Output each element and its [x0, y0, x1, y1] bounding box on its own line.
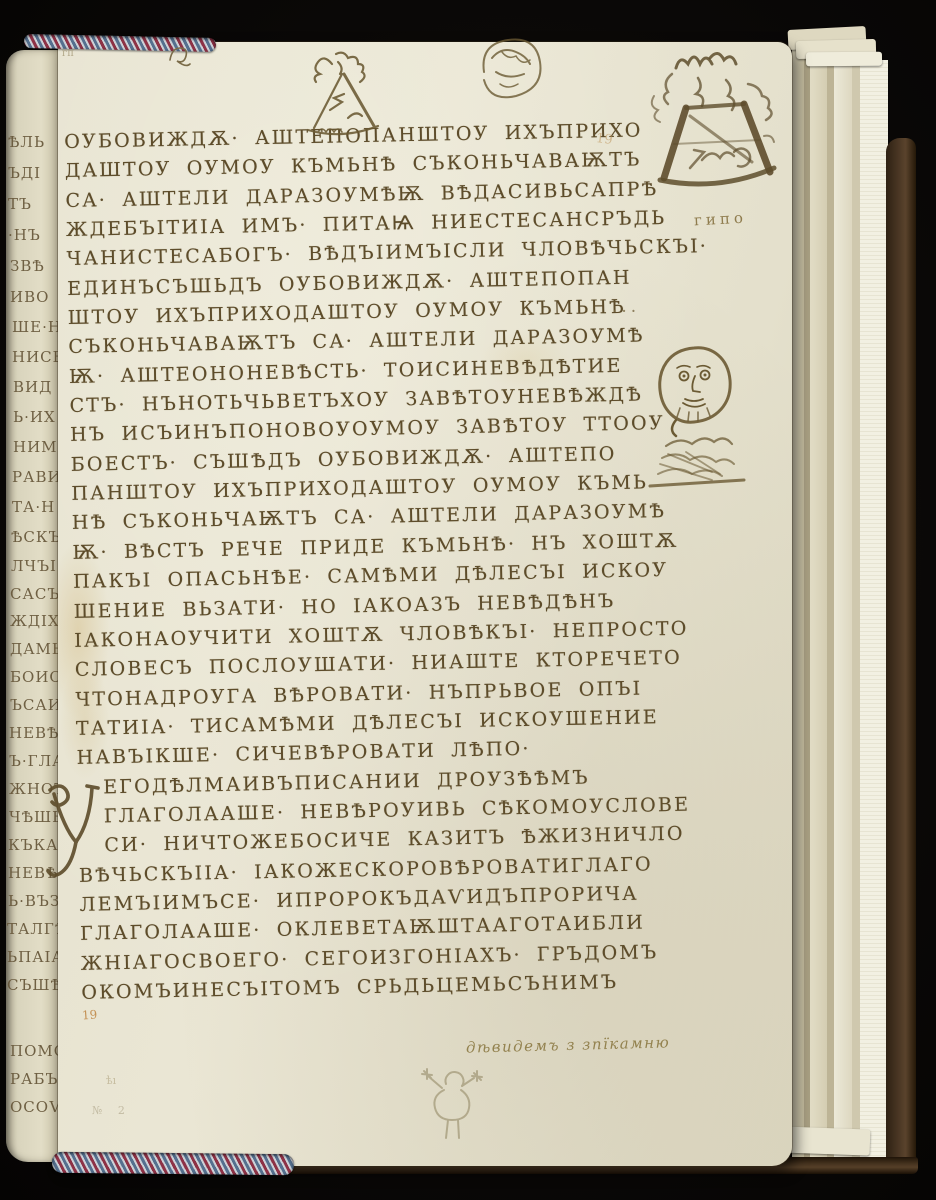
gutter-text-fragment: ѢЛЬ	[8, 133, 64, 151]
page-edge-strip	[827, 40, 834, 1166]
pencil-folio-number: 19	[82, 1007, 98, 1022]
book-cover-edge	[886, 138, 916, 1172]
top-left-mark: гп	[62, 48, 74, 59]
page-edge-strip	[810, 40, 827, 1166]
page-edge-strip	[792, 40, 804, 1166]
page-corner	[780, 1126, 871, 1155]
triangle-figure-doodle	[292, 48, 397, 140]
gutter-text-fragment: ЬПАІА	[7, 948, 63, 966]
text-block: ОУБОВИЖДѪ· АШТЕПОПАНШТОУ ИХЪПРИХОДАШТОУ …	[64, 116, 682, 1008]
gutter-text-fragment: ЪДІ	[8, 164, 64, 182]
manuscript-photo: ѢЛЬЪДІТЪ·НЪЗВѢИВОШЕ·ННИСЕВИДЬ·ИХНИМРАВИТ…	[0, 0, 936, 1200]
page-edge-strip	[834, 40, 852, 1166]
faint-pencil-mark-lower: № 2	[92, 1104, 131, 1117]
gutter-text-fragment: Ъ·ГЛА	[9, 752, 65, 770]
mound-scribble-doodle	[646, 44, 791, 214]
gutter-text-fragment: ТЪ	[8, 195, 64, 213]
page-edge-strip	[852, 40, 860, 1166]
gutter-text-fragment: СЪШѢД	[7, 976, 63, 994]
flyleaf-edge	[860, 60, 888, 1166]
gutter-text-fragment: НЕВѢ	[9, 724, 65, 742]
faint-pencil-mark-upper: ѣı	[106, 1074, 116, 1087]
ink-flourish-doodle	[166, 42, 192, 68]
gutter-text-fragment: ·НЪ	[8, 226, 64, 244]
margin-dots: ···	[612, 302, 640, 322]
circle-scribble-doodle	[470, 32, 550, 106]
gutter-text-fragment: ТАЛГѢ	[7, 920, 63, 938]
page-corner	[806, 52, 882, 67]
drop-initial-letter-uk	[40, 780, 100, 884]
small-figure-doodle	[416, 1066, 490, 1150]
folio-number-top: 19	[595, 131, 613, 148]
bearded-face-doodle	[646, 342, 754, 492]
endband-braid-bottom	[52, 1152, 294, 1176]
gutter-text-fragment: Ь·ВЪЗ	[8, 892, 64, 910]
